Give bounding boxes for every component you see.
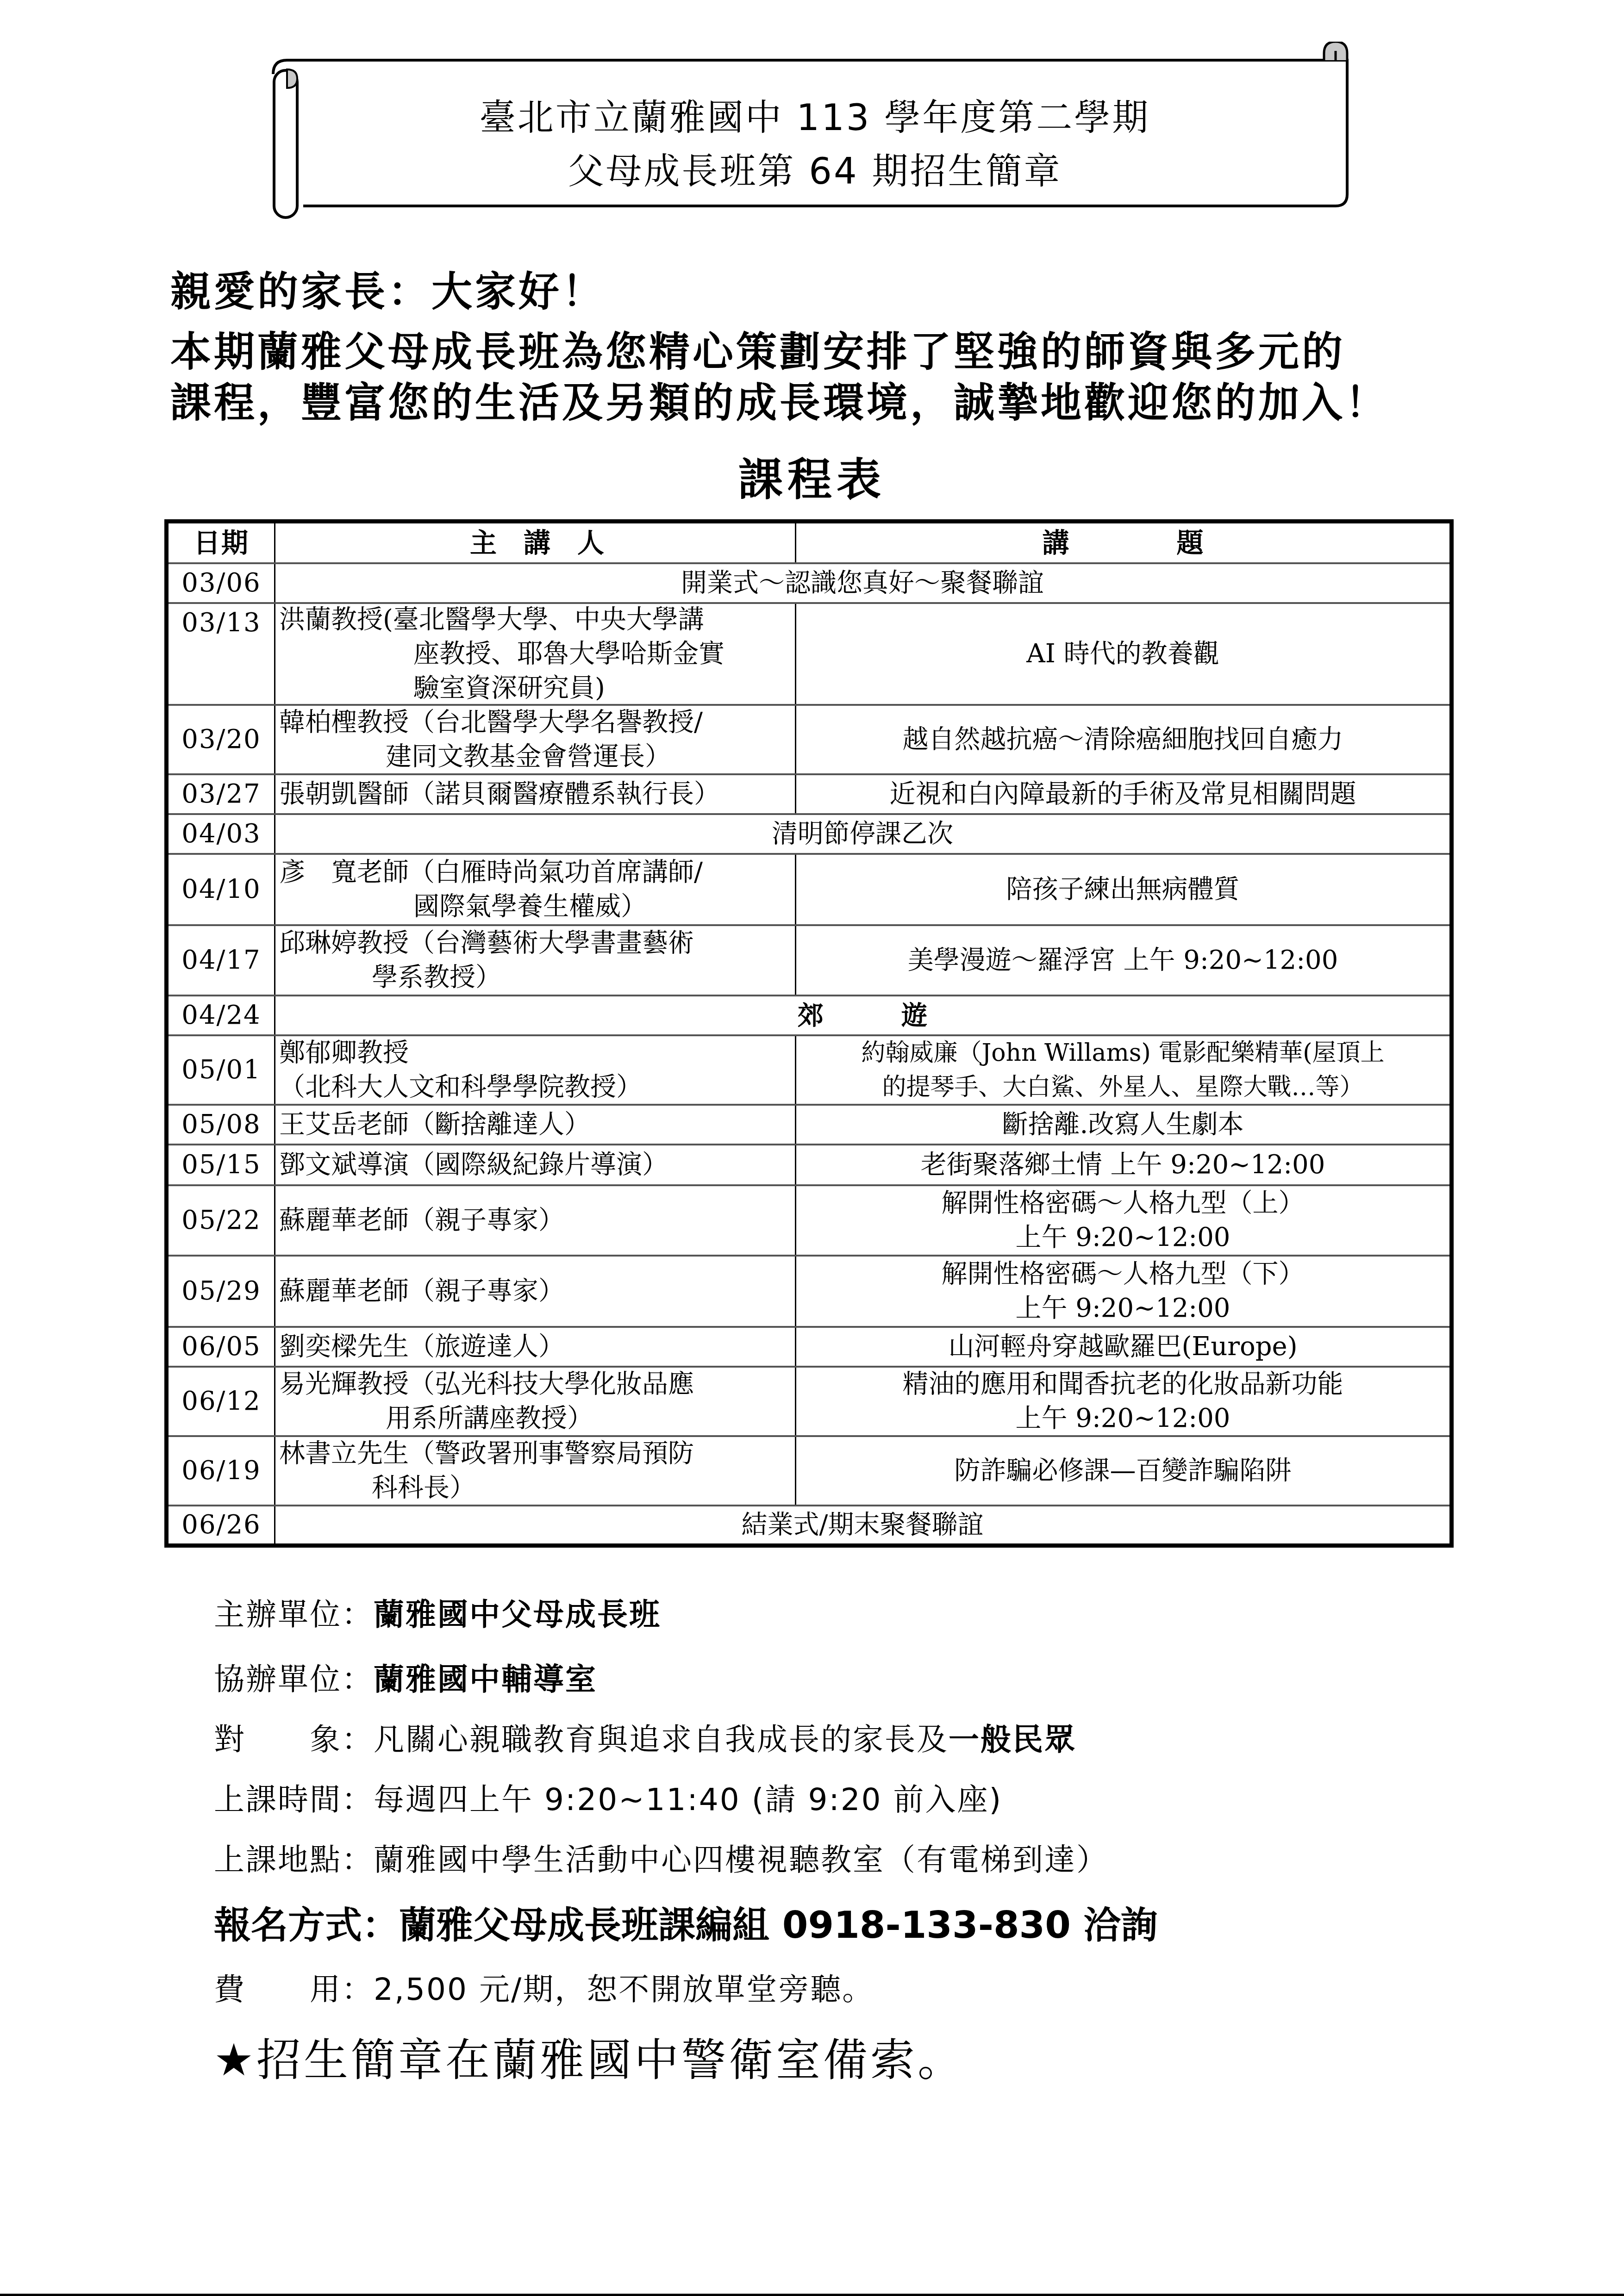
row-date: 06/05 [169,1328,275,1366]
fee-label: 費 用： [214,1965,374,2009]
schedule-title: 課程表 [0,444,1624,508]
row-topic: 美學漫遊～羅浮宮 上午 9:20~12:00 [796,926,1449,995]
row-date: 03/27 [169,775,275,813]
organizer-label: 主辦單位： [214,1590,374,1634]
topic-line: 上午 9:20~12:00 [1016,1401,1230,1436]
table-row: 03/20 韓柏檉教授（台北醫學大學名譽教授/ 建同文教基金會營運長） 越自然越… [169,704,1449,773]
banner-title-line-2: 父母成長班第 64 期招生簡章 [269,143,1361,194]
topic-line: 近視和白內障最新的手術及常見相關問題 [890,777,1356,811]
table-row: 04/17 邱琳婷教授（台灣藝術大學書畫藝術 學系教授） 美學漫遊～羅浮宮 上午… [169,924,1449,995]
speaker-line: 張朝凱醫師（諾貝爾醫療體系執行長） [279,777,795,811]
location-line: 上課地點：蘭雅國中學生活動中心四樓視聽教室（有電梯到達） [214,1835,1108,1879]
location-value: 蘭雅國中學生活動中心四樓視聽教室（有電梯到達） [374,1842,1108,1878]
table-row: 03/27 張朝凱醫師（諾貝爾醫療體系執行長） 近視和白內障最新的手術及常見相關… [169,773,1449,813]
row-date: 06/19 [169,1437,275,1505]
organizer-line: 主辦單位：蘭雅國中父母成長班 [214,1590,661,1634]
audience-label: 對 象： [214,1715,374,1759]
row-event: 郊 遊 [275,996,1449,1034]
row-date: 03/20 [169,706,275,773]
row-date: 05/08 [169,1106,275,1144]
audience-value-bold: 一般民眾 [949,1722,1076,1757]
speaker-line: （北科大人文和科學學院教授） [279,1070,795,1104]
greeting-body-line-1: 本期蘭雅父母成長班為您精心策劃安排了堅強的師資與多元的 [170,319,1345,378]
registration-value: 蘭雅父母成長班課編組 0918-133-830 洽詢 [399,1904,1158,1947]
row-event: 開業式～認識您真好～聚餐聯誼 [275,564,1449,602]
row-speaker: 張朝凱醫師（諾貝爾醫療體系執行長） [275,775,796,813]
speaker-line: 劉奕樑先生（旅遊達人） [279,1330,795,1364]
header-date: 日期 [169,523,275,562]
row-speaker: 蘇麗華老師（親子專家） [275,1257,796,1326]
table-row: 04/24 郊 遊 [169,995,1449,1034]
audience-value: 凡關心親職教育與追求自我成長的家長及 [374,1722,949,1757]
greeting-body-line-2: 課程，豐富您的生活及另類的成長環境，誠摯地歡迎您的加入！ [170,370,1389,429]
speaker-line: 建同文教基金會營運長） [279,740,795,774]
greeting-salutation: 親愛的家長：大家好！ [170,259,606,317]
speaker-line: 國際氣學養生權威） [279,890,795,924]
topic-line: 解開性格密碼～人格九型（上） [942,1186,1305,1220]
row-speaker: 邱琳婷教授（台灣藝術大學書畫藝術 學系教授） [275,926,796,995]
topic-line: 陪孩子練出無病體質 [1006,872,1240,907]
speaker-line: 座教授、耶魯大學哈斯金實 [279,637,795,671]
row-event: 清明節停課乙次 [275,815,1449,853]
row-topic: 陪孩子練出無病體質 [796,855,1449,924]
row-topic: 越自然越抗癌～清除癌細胞找回自癒力 [796,706,1449,773]
topic-line: 防詐騙必修課—百變詐騙陷阱 [955,1454,1292,1488]
row-speaker: 王艾岳老師（斷捨離達人） [275,1106,796,1144]
row-date: 04/10 [169,855,275,924]
topic-line: 精油的應用和聞香抗老的化妝品新功能 [903,1367,1343,1401]
topic-line: 上午 9:20~12:00 [1016,1291,1230,1325]
topic-line: 越自然越抗癌～清除癌細胞找回自癒力 [903,722,1343,757]
table-row: 03/13 洪蘭教授(臺北醫學大學、中央大學講 座教授、耶魯大學哈斯金實 驗室資… [169,602,1449,704]
row-speaker: 韓柏檉教授（台北醫學大學名譽教授/ 建同文教基金會營運長） [275,706,796,773]
table-row: 06/12 易光輝教授（弘光科技大學化妝品應 用系所講座教授） 精油的應用和聞香… [169,1366,1449,1435]
co-organizer-line: 協辦單位：蘭雅國中輔導室 [214,1655,597,1699]
table-row: 03/06 開業式～認識您真好～聚餐聯誼 [169,562,1449,602]
speaker-line: 驗室資深研究員) [279,671,795,705]
row-speaker: 彥 寬老師（白雁時尚氣功首席講師/ 國際氣學養生權威） [275,855,796,924]
speaker-line: 王艾岳老師（斷捨離達人） [279,1108,795,1142]
table-row: 05/08 王艾岳老師（斷捨離達人） 斷捨離.改寫人生劇本 [169,1104,1449,1144]
topic-line: 美學漫遊～羅浮宮 上午 9:20~12:00 [908,943,1338,977]
row-date: 06/26 [169,1506,275,1543]
speaker-line: 韓柏檉教授（台北醫學大學名譽教授/ [279,705,795,740]
speaker-line: 用系所講座教授） [279,1401,795,1436]
speaker-line: 洪蘭教授(臺北醫學大學、中央大學講 [279,603,795,637]
row-topic: 防詐騙必修課—百變詐騙陷阱 [796,1437,1449,1505]
registration-label: 報名方式： [214,1895,399,1948]
table-row: 05/15 鄧文斌導演（國際級紀錄片導演） 老街聚落鄉土情 上午 9:20~12… [169,1144,1449,1184]
table-row: 05/29 蘇麗華老師（親子專家） 解開性格密碼～人格九型（下） 上午 9:20… [169,1255,1449,1326]
header-speaker: 主 講 人 [275,523,796,562]
row-topic: 約翰威廉（John Willams) 電影配樂精華(屋頂上 的提琴手、大白鯊、外… [796,1036,1449,1104]
title-banner: 臺北市立蘭雅國中 113 學年度第二學期 父母成長班第 64 期招生簡章 [269,42,1361,227]
banner-title-line-1: 臺北市立蘭雅國中 113 學年度第二學期 [269,89,1361,141]
speaker-line: 邱琳婷教授（台灣藝術大學書畫藝術 [279,926,795,960]
row-speaker: 易光輝教授（弘光科技大學化妝品應 用系所講座教授） [275,1368,796,1435]
co-organizer-label: 協辦單位： [214,1655,374,1699]
table-row: 05/01 鄭郁卿教授 （北科大人文和科學學院教授） 約翰威廉（John Wil… [169,1034,1449,1104]
organizer-value: 蘭雅國中父母成長班 [374,1597,661,1632]
row-topic: AI 時代的教養觀 [796,604,1449,704]
speaker-line: 鄧文斌導演（國際級紀錄片導演） [279,1148,795,1182]
class-time-line: 上課時間：每週四上午 9:20~11:40 (請 9:20 前入座) [214,1775,1002,1819]
speaker-line: 蘇麗華老師（親子專家） [279,1203,795,1238]
topic-line: 解開性格密碼～人格九型（下） [942,1257,1305,1291]
table-row: 06/05 劉奕樑先生（旅遊達人） 山河輕舟穿越歐羅巴(Europe) [169,1326,1449,1366]
co-organizer-value: 蘭雅國中輔導室 [374,1661,597,1697]
schedule-table: 日期 主 講 人 講 題 03/06 開業式～認識您真好～聚餐聯誼 03/13 … [164,519,1454,1548]
row-date: 04/17 [169,926,275,995]
row-speaker: 蘇麗華老師（親子專家） [275,1186,796,1255]
row-speaker: 鄭郁卿教授 （北科大人文和科學學院教授） [275,1036,796,1104]
row-date: 05/29 [169,1257,275,1326]
row-speaker: 鄧文斌導演（國際級紀錄片導演） [275,1145,796,1184]
row-date: 04/24 [169,996,275,1034]
speaker-line: 易光輝教授（弘光科技大學化妝品應 [279,1367,795,1401]
table-header-row: 日期 主 講 人 講 題 [169,523,1449,562]
topic-line: 斷捨離.改寫人生劇本 [1002,1108,1244,1142]
location-label: 上課地點： [214,1835,374,1879]
row-topic: 老街聚落鄉土情 上午 9:20~12:00 [796,1145,1449,1184]
fee-value: 2,500 元/期，恕不開放單堂旁聽。 [374,1972,874,2007]
row-topic: 精油的應用和聞香抗老的化妝品新功能 上午 9:20~12:00 [796,1368,1449,1435]
row-date: 06/12 [169,1368,275,1435]
row-speaker: 林書立先生（警政署刑事警察局預防 科科長） [275,1437,796,1505]
topic-line: 上午 9:20~12:00 [1016,1220,1230,1255]
topic-line: 約翰威廉（John Willams) 電影配樂精華(屋頂上 [861,1036,1384,1070]
speaker-line: 林書立先生（警政署刑事警察局預防 [279,1437,795,1471]
registration-line: 報名方式：蘭雅父母成長班課編組 0918-133-830 洽詢 [214,1895,1158,1948]
speaker-line: 鄭郁卿教授 [279,1036,795,1070]
row-date: 05/15 [169,1145,275,1184]
row-topic: 山河輕舟穿越歐羅巴(Europe) [796,1328,1449,1366]
table-row: 06/26 結業式/期末聚餐聯誼 [169,1505,1449,1543]
topic-line: 的提琴手、大白鯊、外星人、星際大戰…等） [882,1070,1363,1104]
topic-line: 山河輕舟穿越歐羅巴(Europe) [948,1330,1297,1364]
row-date: 04/03 [169,815,275,853]
row-date: 05/22 [169,1186,275,1255]
class-time-value: 每週四上午 9:20~11:40 (請 9:20 前入座) [374,1782,1002,1817]
row-topic: 解開性格密碼～人格九型（下） 上午 9:20~12:00 [796,1257,1449,1326]
row-date: 03/06 [169,564,275,602]
row-speaker: 劉奕樑先生（旅遊達人） [275,1328,796,1366]
row-topic: 解開性格密碼～人格九型（上） 上午 9:20~12:00 [796,1186,1449,1255]
table-row: 06/19 林書立先生（警政署刑事警察局預防 科科長） 防詐騙必修課—百變詐騙陷… [169,1435,1449,1505]
speaker-line: 彥 寬老師（白雁時尚氣功首席講師/ [279,855,795,890]
row-event: 結業式/期末聚餐聯誼 [275,1506,1449,1543]
page-bottom-rule [0,2294,1624,2296]
header-speaker-label: 主 講 人 [470,526,604,560]
topic-line: AI 時代的教養觀 [1026,637,1219,671]
speaker-line: 學系教授） [279,960,795,995]
table-row: 04/03 清明節停課乙次 [169,813,1449,853]
table-row: 05/22 蘇麗華老師（親子專家） 解開性格密碼～人格九型（上） 上午 9:20… [169,1184,1449,1255]
row-topic: 斷捨離.改寫人生劇本 [796,1106,1449,1144]
row-date: 05/01 [169,1036,275,1104]
row-topic: 近視和白內障最新的手術及常見相關問題 [796,775,1449,813]
table-row: 04/10 彥 寬老師（白雁時尚氣功首席講師/ 國際氣學養生權威） 陪孩子練出無… [169,853,1449,924]
audience-line: 對 象：凡關心親職教育與追求自我成長的家長及一般民眾 [214,1715,1076,1759]
topic-line: 老街聚落鄉土情 上午 9:20~12:00 [921,1148,1325,1182]
header-topic: 講 題 [796,523,1449,562]
class-time-label: 上課時間： [214,1775,374,1819]
brochure-note: ★招生簡章在蘭雅國中警衛室備索。 [214,2025,965,2088]
row-date: 03/13 [169,604,275,704]
row-speaker: 洪蘭教授(臺北醫學大學、中央大學講 座教授、耶魯大學哈斯金實 驗室資深研究員) [275,604,796,704]
fee-line: 費 用：2,500 元/期，恕不開放單堂旁聽。 [214,1965,874,2009]
speaker-line: 科科長） [279,1471,795,1505]
speaker-line: 蘇麗華老師（親子專家） [279,1274,795,1308]
